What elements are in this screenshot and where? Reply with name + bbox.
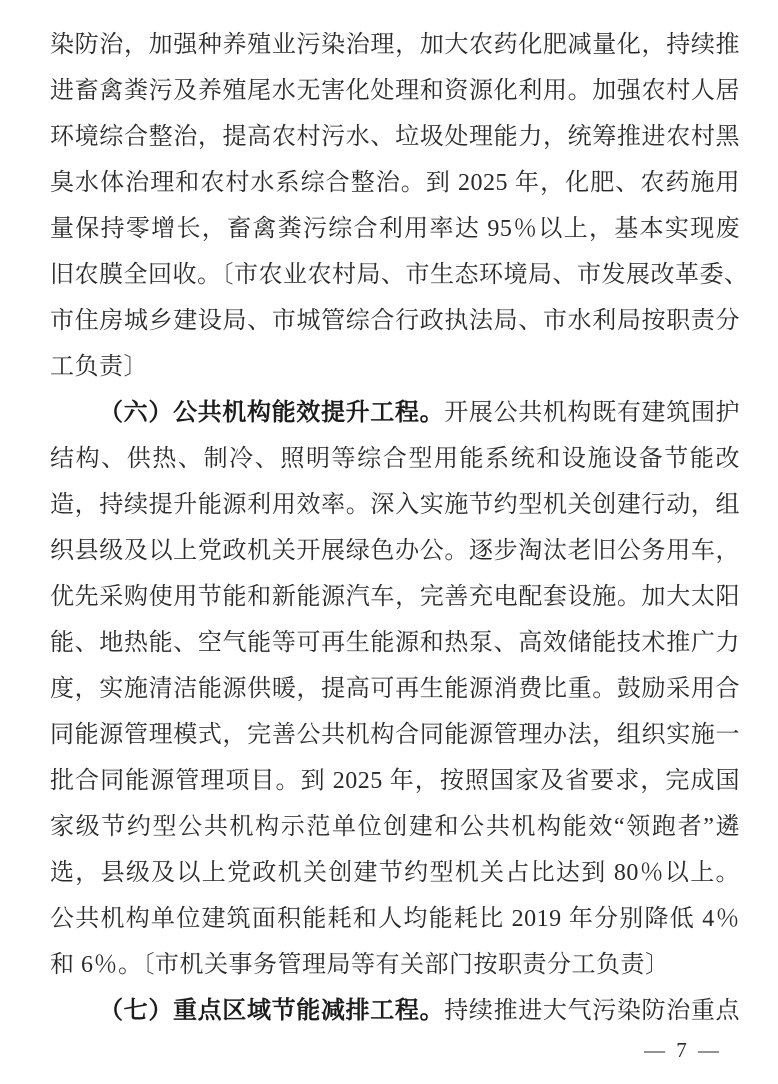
text-line: 染防治，加强种养殖业污染治理，加大农药化肥减量化，持续推 bbox=[50, 22, 740, 68]
text-line: 选，县级及以上党政机关创建节约型机关占比达到 80％以上。 bbox=[50, 850, 740, 896]
text-line: 家级节约型公共机构示范单位创建和公共机构能效“领跑者”遴 bbox=[50, 804, 740, 850]
document-page: 染防治，加强种养殖业污染治理，加大农药化肥减量化，持续推 进畜禽粪污及养殖尾水无… bbox=[0, 0, 778, 1084]
text-line: 度，实施清洁能源供暖，提高可再生能源消费比重。鼓励采用合 bbox=[50, 666, 740, 712]
text-line: 公共机构单位建筑面积能耗和人均能耗比 2019 年分别降低 4％ bbox=[50, 896, 740, 942]
page-number: — 7 — bbox=[644, 1038, 722, 1063]
text-line: 同能源管理模式，完善公共机构合同能源管理办法，组织实施一 bbox=[50, 712, 740, 758]
text-line: 市住房城乡建设局、市城管综合行政执法局、市水利局按职责分 bbox=[50, 298, 740, 344]
text-block: 染防治，加强种养殖业污染治理，加大农药化肥减量化，持续推 进畜禽粪污及养殖尾水无… bbox=[50, 22, 740, 1034]
section-body-text: 持续推进大气污染防治重点 bbox=[444, 998, 740, 1024]
text-line: 造，持续提升能源利用效率。深入实施节约型机关创建行动，组 bbox=[50, 482, 740, 528]
text-line: 能、地热能、空气能等可再生能源和热泵、高效储能技术推广力 bbox=[50, 620, 740, 666]
section-body-text: 开展公共机构既有建筑围护 bbox=[444, 400, 740, 426]
section-heading-6: （六）公共机构能效提升工程。 bbox=[99, 400, 444, 426]
text-line: 和 6％。〔市机关事务管理局等有关部门按职责分工负责〕 bbox=[50, 942, 740, 988]
text-line: 工负责〕 bbox=[50, 344, 740, 390]
text-line: 织县级及以上党政机关开展绿色办公。逐步淘汰老旧公务用车， bbox=[50, 528, 740, 574]
text-line: 旧农膜全回收。〔市农业农村局、市生态环境局、市发展改革委、 bbox=[50, 252, 740, 298]
text-line: 量保持零增长，畜禽粪污综合利用率达 95％以上，基本实现废 bbox=[50, 206, 740, 252]
section-heading-7: （七）重点区域节能减排工程。 bbox=[99, 998, 444, 1024]
text-line: 优先采购使用节能和新能源汽车，完善充电配套设施。加大太阳 bbox=[50, 574, 740, 620]
text-line: 结构、供热、制冷、照明等综合型用能系统和设施设备节能改 bbox=[50, 436, 740, 482]
text-line: （六）公共机构能效提升工程。开展公共机构既有建筑围护 bbox=[50, 390, 740, 436]
text-line: 环境综合整治，提高农村污水、垃圾处理能力，统筹推进农村黑 bbox=[50, 114, 740, 160]
text-line: （七）重点区域节能减排工程。持续推进大气污染防治重点 bbox=[50, 988, 740, 1034]
text-line: 批合同能源管理项目。到 2025 年，按照国家及省要求，完成国 bbox=[50, 758, 740, 804]
text-line: 臭水体治理和农村水系综合整治。到 2025 年，化肥、农药施用 bbox=[50, 160, 740, 206]
text-line: 进畜禽粪污及养殖尾水无害化处理和资源化利用。加强农村人居 bbox=[50, 68, 740, 114]
